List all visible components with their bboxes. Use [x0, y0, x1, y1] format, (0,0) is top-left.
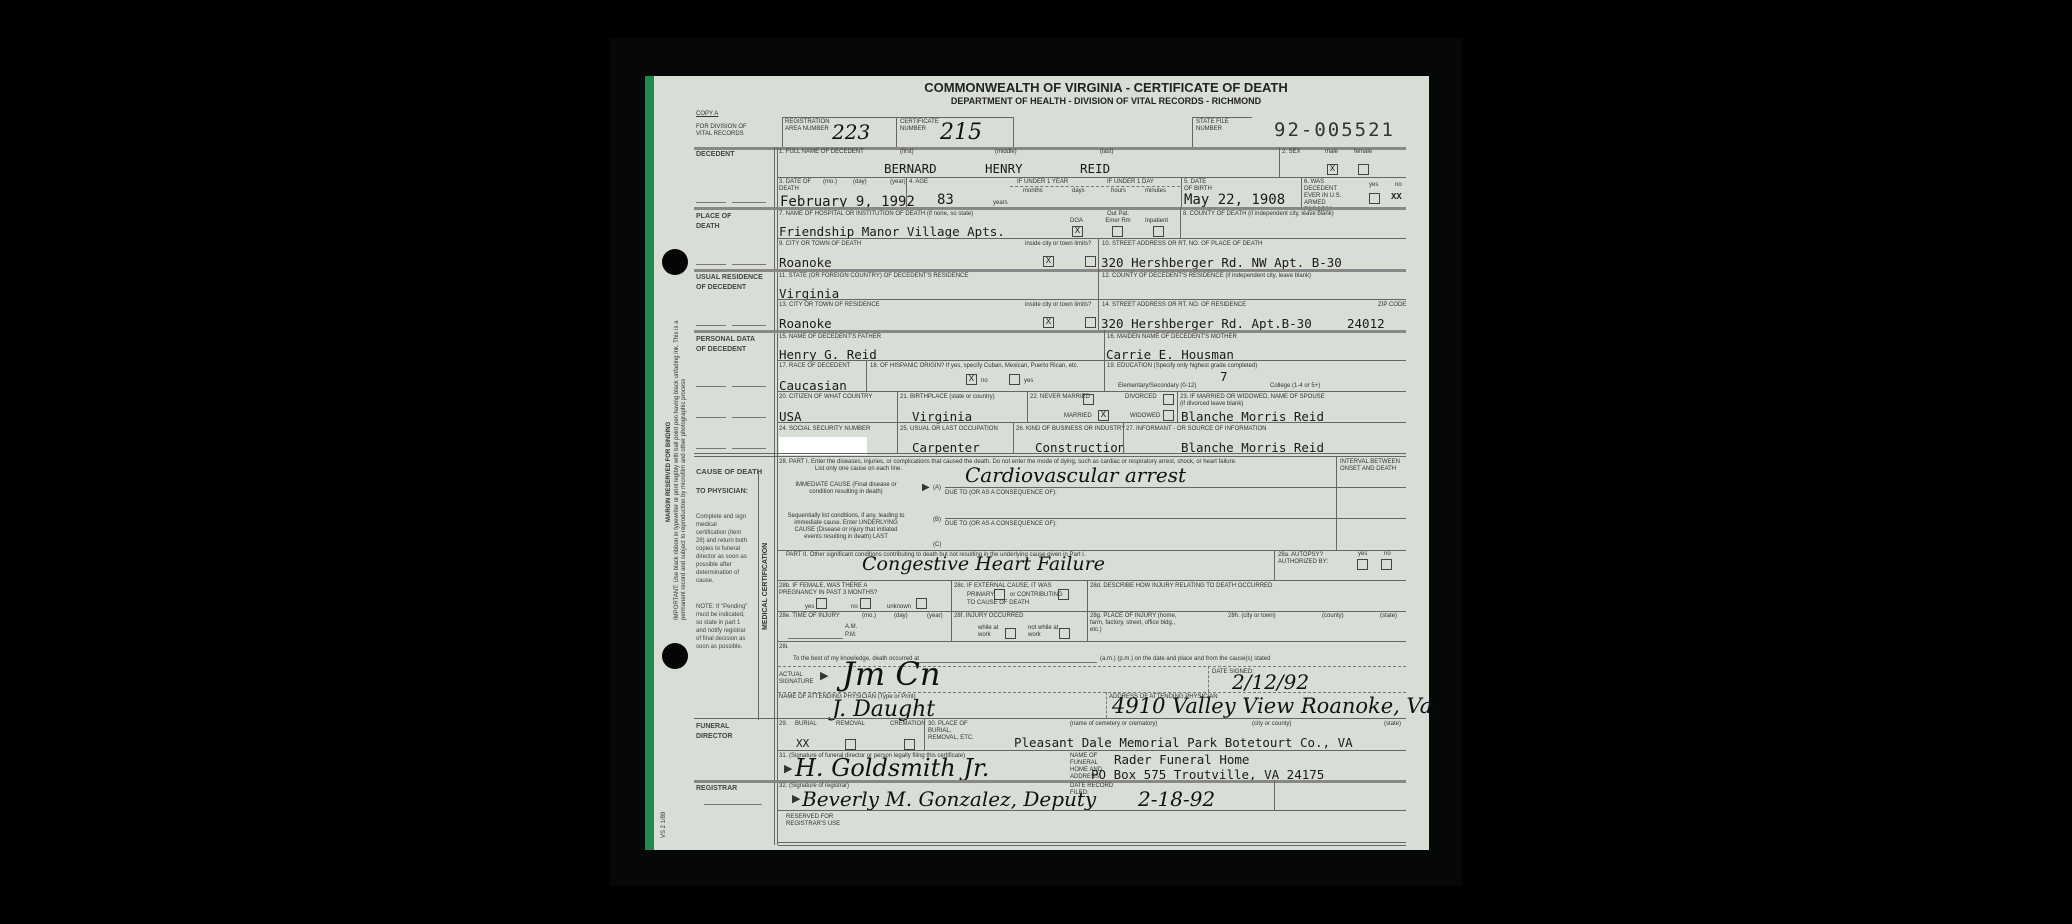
hours-label: hours — [1111, 188, 1126, 195]
margin-line — [732, 417, 766, 418]
divider — [896, 117, 897, 147]
margin-line — [696, 264, 726, 265]
not-while-work-label: not while at work — [1028, 625, 1063, 639]
physician-address: 4910 Valley View Roanoke, Va. — [1112, 694, 1439, 718]
injury-city-label: 28h. (city or town) — [1228, 613, 1276, 620]
am-label: A.M. — [845, 624, 857, 631]
cause-line-b — [945, 518, 1406, 519]
death-date-label: 3. DATE OF DEATH — [779, 179, 814, 193]
birth-date-label: 5. DATE OF BIRTH — [1184, 179, 1214, 193]
margin-line — [696, 448, 726, 449]
divider — [778, 692, 1406, 693]
divider — [694, 456, 1406, 457]
widowed-checkbox[interactable] — [1163, 410, 1174, 421]
hispanic-label: 18. OF HISPANIC ORIGIN? If yes, specify … — [870, 363, 1080, 370]
cause-line-a — [945, 487, 1406, 488]
divider — [778, 845, 1406, 846]
funeral-home-name: Rader Funeral Home — [1114, 752, 1249, 767]
arrow-icon: ▶ — [922, 484, 930, 491]
days-label: days — [1072, 188, 1085, 195]
registration-area-label: REGISTRATION AREA NUMBER — [785, 119, 835, 133]
hospital-name: Friendship Manor Village Apts. — [779, 224, 1005, 239]
industry-label: 26. KIND OF BUSINESS OR INDUSTRY — [1016, 426, 1125, 433]
pregnancy-unknown-label: unknown — [887, 604, 911, 611]
divider — [1301, 177, 1302, 207]
divider — [951, 611, 952, 641]
margin-line — [732, 386, 766, 387]
divorced-checkbox[interactable] — [1163, 394, 1174, 405]
pm-label: P.M. — [845, 632, 857, 639]
divider — [778, 360, 1406, 361]
injury-occurred-label: 28f. INJURY OCCURRED — [954, 613, 1023, 620]
certification-text-end: (a.m.) (p.m.) on the date and place and … — [1100, 656, 1270, 663]
divider — [1013, 422, 1014, 453]
residence-street: 320 Hershberger Rd. Apt.B-30 — [1101, 316, 1312, 331]
margin-line — [696, 417, 726, 418]
divider — [1274, 780, 1275, 810]
divider — [778, 750, 1406, 751]
cemetery-label: (name of cemetery or crematory) — [1070, 721, 1157, 728]
months-label: months — [1023, 188, 1043, 195]
signature-arrow-icon: ▶ — [820, 673, 828, 680]
decedent-last-name: REID — [1080, 161, 1110, 176]
registrar-signature: Beverly M. Gonzalez, Deputy — [802, 787, 1096, 811]
place-of-burial: Pleasant Dale Memorial Park Botetourt Co… — [1014, 735, 1353, 750]
due-to-label-a: DUE TO (OR AS A CONSEQUENCE OF): — [945, 490, 1057, 497]
margin-line — [732, 202, 766, 203]
section-usual-residence: USUAL RESIDENCE OF DECEDENT — [696, 273, 766, 293]
divider — [1177, 391, 1178, 422]
injury-mo-label: (mo.) — [862, 613, 876, 620]
city-of-death: Roanoke — [779, 255, 832, 270]
margin-line — [696, 325, 726, 326]
divider — [1274, 550, 1275, 580]
divider — [1104, 330, 1105, 360]
middle-name-label: (middle) — [995, 149, 1017, 156]
punch-hole-top — [662, 249, 688, 275]
section-to-physician: TO PHYSICIAN: — [696, 487, 756, 497]
date-signed: 2/12/92 — [1232, 670, 1309, 694]
divider — [1336, 456, 1337, 550]
sex-female-label: female — [1354, 149, 1372, 156]
inpatient-checkbox[interactable] — [1153, 226, 1164, 237]
hospital-label: 7. NAME OF HOSPITAL OR INSTITUTION OF DE… — [779, 211, 973, 218]
hispanic-yes-label: yes — [1024, 378, 1033, 385]
time-of-death-input[interactable] — [917, 662, 1097, 663]
certificate-subtitle: DEPARTMENT OF HEALTH - DIVISION OF VITAL… — [0, 96, 2072, 106]
injury-year-label: (year) — [927, 613, 943, 620]
funeral-director-signature: H. Goldsmith Jr. — [795, 754, 989, 782]
city-county-label: (city or county) — [1252, 721, 1291, 728]
section-decedent: DECEDENT — [696, 150, 735, 160]
minutes-label: minutes — [1145, 188, 1166, 195]
divider — [924, 718, 925, 750]
cremation-checkbox[interactable] — [904, 739, 915, 750]
margin-line — [732, 325, 766, 326]
burial-checkbox[interactable]: XX — [796, 737, 809, 750]
divider — [1181, 177, 1182, 207]
pregnancy-no-checkbox[interactable] — [860, 598, 871, 609]
green-edge-strip — [645, 76, 654, 850]
section-registrar: REGISTRAR — [696, 784, 737, 794]
race-label: 17. RACE OF DECEDENT — [779, 363, 850, 370]
frame-left — [777, 147, 778, 845]
section-cause-of-death: CAUSE OF DEATH — [696, 467, 762, 477]
zip-label: ZIP CODE — [1378, 302, 1406, 309]
mo-label: (mo.) — [823, 179, 837, 186]
margin-line — [696, 202, 726, 203]
pregnancy-label: 28b. IF FEMALE, WAS THERE A PREGNANCY IN… — [779, 583, 899, 597]
birth-date: May 22, 1908 — [1184, 192, 1285, 208]
divider — [778, 422, 1406, 423]
cremation-label: CREMATION — [890, 721, 926, 728]
divider — [694, 718, 1406, 719]
divider — [1192, 117, 1193, 147]
section-funeral-director: FUNERAL DIRECTOR — [696, 722, 756, 742]
divider — [1106, 692, 1108, 718]
day-label: (day) — [853, 179, 867, 186]
not-while-work-checkbox[interactable] — [1059, 628, 1070, 639]
line-b-label: (B) — [933, 517, 941, 524]
divider — [782, 117, 1013, 118]
doa-checkbox[interactable]: X — [1072, 226, 1083, 237]
residence-street-label: 14. STREET ADDRESS OR RT. NO. OF RESIDEN… — [1102, 302, 1246, 309]
divider — [1192, 117, 1252, 118]
education-label: 19. EDUCATION (Specify only highest grad… — [1107, 363, 1257, 370]
residence-city-label: 13. CITY OR TOWN OF RESIDENCE — [779, 302, 880, 309]
mother-label: 16. MAIDEN NAME OF DECEDENT'S MOTHER — [1107, 334, 1237, 341]
pregnancy-no-label: no — [851, 604, 858, 611]
married-label: MARRIED — [1064, 413, 1092, 420]
pregnancy-yes-label: yes — [805, 604, 814, 611]
place-of-injury-label: 28g. PLACE OF INJURY (home, farm, factor… — [1090, 613, 1180, 634]
age-value: 83 — [937, 192, 954, 208]
decedent-first-name: BERNARD — [884, 161, 937, 176]
signature-arrow-icon: ▶ — [792, 796, 800, 803]
removal-checkbox[interactable] — [845, 739, 856, 750]
residence-state-label: 11. STATE (OR FOREIGN COUNTRY) OF DECEDE… — [779, 273, 968, 280]
immediate-cause-label: IMMEDIATE CAUSE (Final disease or condit… — [786, 482, 906, 496]
spouse-label: 23. IF MARRIED OR WIDOWED, NAME OF SPOUS… — [1180, 394, 1330, 408]
date-filed-label: DATE RECORD FILED: — [1070, 783, 1120, 797]
frame-left — [774, 147, 775, 845]
divider — [897, 391, 898, 422]
burial-label: BURIAL — [795, 721, 817, 728]
birthplace-label: 21. BIRTHPLACE (state or country) — [900, 394, 995, 401]
divider — [1279, 147, 1280, 177]
inpatient-label: Inpatient — [1145, 218, 1168, 225]
decedent-middle-name: HENRY — [985, 161, 1023, 176]
hispanic-yes-checkbox[interactable] — [1009, 374, 1020, 385]
autopsy-no-checkbox[interactable] — [1381, 559, 1392, 570]
first-name-label: (first) — [900, 149, 914, 156]
never-married-checkbox[interactable] — [1083, 394, 1094, 405]
important-instructions: IMPORTANT: Use black ribbon in typewrite… — [674, 320, 688, 620]
divider — [778, 550, 1406, 551]
widowed-label: WIDOWED — [1130, 413, 1160, 420]
item-28i-label: 28i. — [779, 644, 789, 651]
contributing-checkbox[interactable] — [1058, 589, 1069, 600]
divider — [694, 330, 1406, 333]
death-street-address: 320 Hershberger Rd. NW Apt. B-30 — [1101, 255, 1342, 270]
sex-male-checkbox[interactable]: X — [1327, 164, 1338, 175]
residence-county-label: 12. COUNTY OF DECEDENT'S RESIDENCE (if i… — [1102, 273, 1311, 280]
year-label: (year) — [890, 179, 906, 186]
divorced-label: DIVORCED — [1125, 394, 1157, 401]
pregnancy-yes-checkbox[interactable] — [816, 598, 827, 609]
residence-city: Roanoke — [779, 316, 832, 331]
city-of-death-label: 9. CITY OR TOWN OF DEATH — [779, 241, 861, 248]
divider — [694, 207, 1406, 210]
divider — [758, 470, 759, 720]
medical-certification-label: MEDICAL CERTIFICATION — [762, 543, 769, 630]
state-file-number: 92-005521 — [1274, 119, 1395, 141]
certificate-number: 215 — [940, 120, 982, 145]
part1-sub-instructions: List only one cause on each line. — [815, 466, 902, 473]
registration-area-number: 223 — [832, 120, 870, 144]
physician-instructions: Complete and sign medical certification … — [696, 513, 748, 585]
divider — [1098, 269, 1099, 299]
burial-state-label: (state) — [1384, 721, 1401, 728]
copy-for-label: FOR DIVISION OF VITAL RECORDS — [696, 124, 756, 138]
form-code: VS 2 1/89 — [661, 812, 667, 838]
autopsy-yes-label: yes — [1358, 551, 1367, 558]
sequential-label: Sequentially list conditions, if any, le… — [786, 513, 906, 541]
certificate-number-label: CERTIFICATE NUMBER — [900, 119, 940, 133]
outpatient-label: Out Pat. Emer Rm — [1103, 211, 1133, 225]
divider — [778, 611, 1406, 612]
divider — [906, 177, 907, 207]
citizen-label: 20. CITIZEN OF WHAT COUNTRY — [779, 394, 872, 401]
divider — [951, 580, 952, 611]
sex-label: 2. SEX — [1282, 149, 1301, 156]
divider — [1027, 391, 1028, 422]
item-29-label: 29. — [779, 721, 787, 728]
sex-male-label: male — [1325, 149, 1338, 156]
signature-arrow-icon: ▶ — [784, 766, 792, 773]
pending-note: NOTE: If "Pending" must be indicated, so… — [696, 603, 748, 651]
section-personal-data: PERSONAL DATA OF DECEDENT — [696, 335, 756, 355]
autopsy-no-label: no — [1384, 551, 1391, 558]
divider — [778, 810, 1406, 811]
interval-label: INTERVAL BETWEEN ONSET AND DEATH — [1340, 459, 1400, 473]
part2-value: Congestive Heart Failure — [862, 553, 1105, 575]
section-place-of-death: PLACE OF DEATH — [696, 212, 756, 232]
full-name-label: 1. FULL NAME OF DECEDENT — [779, 149, 864, 156]
primary-label: PRIMARY — [967, 592, 994, 599]
divider — [778, 177, 1406, 178]
autopsy-yes-checkbox[interactable] — [1357, 559, 1368, 570]
copy-label: COPY A — [696, 111, 718, 118]
elementary-label: Elementary/Secondary (0-12) — [1118, 383, 1196, 390]
college-label: College (1-4 or 5+) — [1270, 383, 1320, 390]
line-a-label: (A) — [933, 485, 941, 492]
residence-inside-limits-label: inside city or town limits? — [1025, 302, 1091, 309]
residence-zip: 24012 — [1347, 316, 1385, 331]
divider — [778, 238, 1406, 239]
injury-county-label: (county) — [1322, 613, 1344, 620]
actual-signature-label: ACTUAL SIGNATURE — [779, 672, 819, 686]
divider — [1104, 360, 1105, 391]
divider — [694, 269, 1406, 272]
under-1-year-label: IF UNDER 1 YEAR — [1017, 179, 1068, 186]
father-label: 15. NAME OF DECEDENT'S FATHER — [779, 334, 881, 341]
armed-no-label: no — [1395, 182, 1402, 189]
due-to-label-b: DUE TO (OR AS A CONSEQUENCE OF): — [945, 521, 1057, 528]
injury-description-label: 28d. DESCRIBE HOW INJURY RELATING TO DEA… — [1090, 583, 1272, 590]
immediate-cause-value: Cardiovascular arrest — [965, 463, 1186, 487]
death-street-label: 10. STREET ADDRESS OR RT. NO. OF PLACE O… — [1102, 241, 1262, 248]
hispanic-no-label: no — [981, 378, 988, 385]
certificate-title: COMMONWEALTH OF VIRGINIA - CERTIFICATE O… — [0, 80, 2072, 95]
divider — [1098, 238, 1099, 269]
divider — [778, 580, 1406, 581]
line-c-label: (C) — [933, 542, 941, 549]
margin-line — [732, 264, 766, 265]
ssn-label: 24. SOCIAL SECURITY NUMBER — [779, 426, 870, 433]
time-of-injury-input[interactable] — [788, 638, 843, 639]
injury-day-label: (day) — [894, 613, 908, 620]
place-of-burial-label: 30. PLACE OF BURIAL, REMOVAL, ETC. — [928, 721, 978, 742]
married-checkbox[interactable]: X — [1098, 410, 1109, 421]
margin-line — [732, 448, 766, 449]
state-file-label: STATE FILE NUMBER — [1196, 119, 1236, 133]
autopsy-label: 28a. AUTOPSY? AUTHORIZED BY: — [1278, 552, 1338, 566]
county-of-death-label: 8. COUNTY OF DEATH (if independent city,… — [1183, 211, 1334, 218]
outpatient-checkbox[interactable] — [1112, 226, 1123, 237]
divider — [866, 360, 867, 391]
date-filed: 2-18-92 — [1138, 787, 1215, 811]
divider — [1013, 117, 1014, 147]
divider — [694, 453, 1406, 454]
inside-limits-no-checkbox[interactable] — [1085, 256, 1096, 267]
residence-inside-no-checkbox[interactable] — [1085, 317, 1096, 328]
armed-forces-no-checkbox[interactable]: XX — [1391, 193, 1400, 202]
armed-forces-yes-checkbox[interactable] — [1369, 193, 1380, 204]
age-label: 4. AGE — [909, 179, 928, 186]
education-value: 7 — [1220, 369, 1228, 384]
sex-female-checkbox[interactable] — [1358, 164, 1369, 175]
occupation-label: 25. USUAL OR LAST OCCUPATION — [900, 426, 998, 433]
divider — [1010, 186, 1180, 187]
margin-line — [696, 386, 726, 387]
divider — [1208, 666, 1210, 692]
under-1-day-label: IF UNDER 1 DAY — [1107, 179, 1154, 186]
physician-signature: Jm Cn — [842, 655, 940, 693]
punch-hole-bottom — [662, 643, 688, 669]
removal-label: REMOVAL — [836, 721, 865, 728]
to-cause-label: TO CAUSE OF DEATH — [967, 600, 1029, 607]
injury-state-label: (state) — [1380, 613, 1397, 620]
divider — [778, 391, 1406, 392]
reserved-registrar-label: RESERVED FOR REGISTRAR'S USE — [786, 814, 846, 828]
inside-limits-yes-checkbox[interactable]: X — [1043, 256, 1054, 267]
while-work-checkbox[interactable] — [1005, 628, 1016, 639]
never-married-label: 22. NEVER MARRIED — [1030, 394, 1090, 401]
informant-label: 27. INFORMANT - OR SOURCE OF INFORMATION — [1126, 426, 1266, 433]
divider — [778, 641, 1406, 642]
divider — [1098, 299, 1099, 330]
divider — [778, 842, 1406, 843]
pregnancy-unknown-checkbox[interactable] — [916, 598, 927, 609]
divider — [897, 422, 898, 453]
divider — [782, 117, 783, 147]
binding-margin-label: MARGIN RESERVED FOR BINDING — [666, 422, 672, 522]
last-name-label: (last) — [1100, 149, 1113, 156]
divider — [778, 299, 1406, 300]
residence-inside-yes-checkbox[interactable]: X — [1043, 317, 1054, 328]
contributing-label: or CONTRIBUTING — [1010, 592, 1063, 599]
while-work-label: while at work — [978, 625, 1008, 639]
divider — [1180, 207, 1181, 238]
armed-yes-label: yes — [1369, 182, 1378, 189]
time-of-injury-label: 28e. TIME OF INJURY — [779, 613, 840, 620]
doa-label: DOA — [1070, 218, 1083, 225]
inside-limits-label: inside city or town limits? — [1025, 241, 1091, 248]
margin-line — [704, 804, 762, 805]
primary-checkbox[interactable] — [994, 589, 1005, 600]
hispanic-no-checkbox[interactable]: X — [966, 374, 977, 385]
divider — [1123, 422, 1124, 453]
age-unit: years — [993, 200, 1008, 207]
